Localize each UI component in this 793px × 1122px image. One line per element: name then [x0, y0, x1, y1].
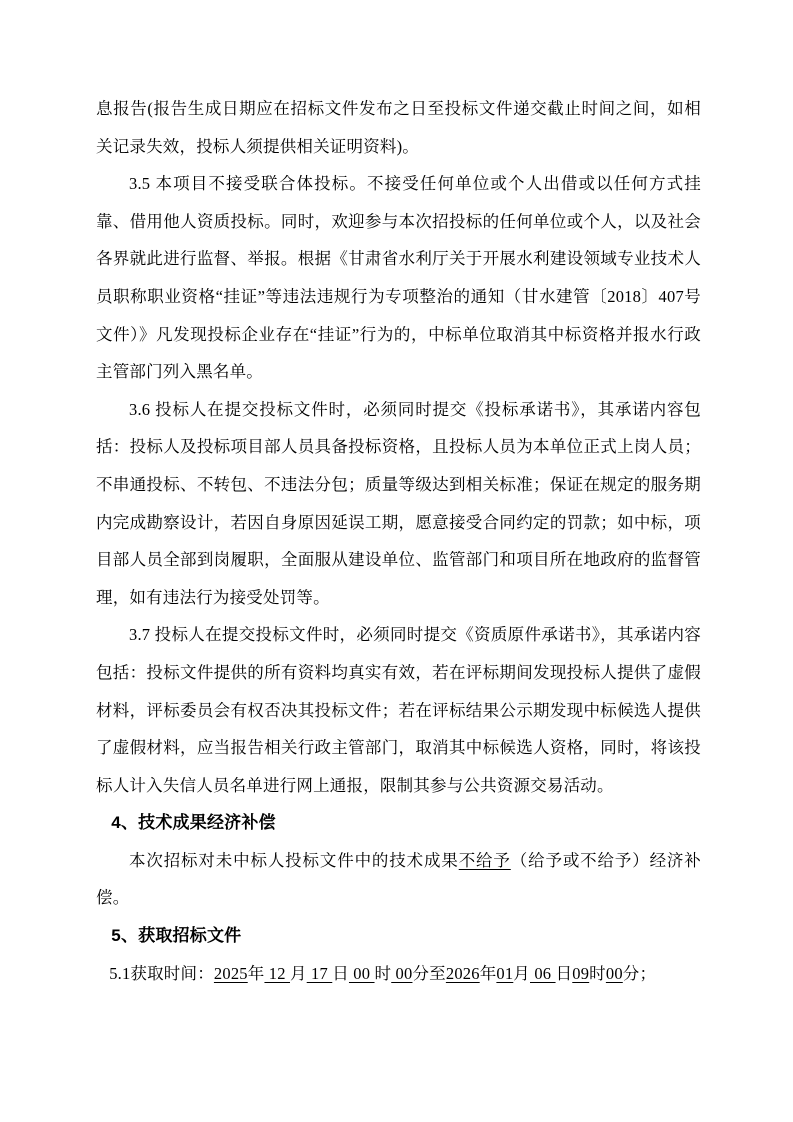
paragraph-5-1-acquire-time: 5.1获取时间：2025年 12 月 17 日 00 时 00分至2026年01…	[96, 955, 701, 993]
acquire-start-day-value: 17	[307, 964, 333, 983]
acquire-end-year-value: 2026	[446, 964, 480, 983]
paragraph-compensation: 本次招标对未中标人投标文件中的技术成果不给予（给予或不给予）经济补偿。	[96, 842, 701, 917]
acquire-end-hour-value: 09	[572, 964, 589, 983]
document-page: 息报告(报告生成日期应在招标文件发布之日至投标文件递交截止时间之间，如相关记录失…	[0, 0, 793, 1122]
acquire-end-month-value: 01	[496, 964, 513, 983]
acquire-tail-text: 分；	[623, 964, 656, 983]
month-unit-2: 月	[513, 964, 530, 983]
hour-unit-1: 时	[375, 964, 392, 983]
heading-section-4-tech-compensation: 4、技术成果经济补偿	[96, 804, 701, 842]
acquire-start-minute-value: 00	[391, 964, 412, 983]
paragraph-3-6: 3.6 投标人在提交投标文件时，必须同时提交《投标承诺书》，其承诺内容包括：投标…	[96, 391, 701, 617]
year-unit-2: 年	[480, 964, 497, 983]
acquire-start-year-value: 2025	[214, 964, 248, 983]
day-unit-1: 日	[332, 964, 349, 983]
acquire-start-hour-value: 00	[349, 964, 375, 983]
day-unit-2: 日	[556, 964, 573, 983]
acquire-end-minute-value: 00	[606, 964, 623, 983]
hour-unit-2: 时	[589, 964, 606, 983]
month-unit-1: 月	[290, 964, 307, 983]
acquire-end-day-value: 06	[530, 964, 556, 983]
year-unit-1: 年	[248, 964, 265, 983]
acquire-start-month-value: 12	[264, 964, 290, 983]
heading-section-5-obtain-documents: 5、获取招标文件	[96, 917, 701, 955]
paragraph-3-5: 3.5 本项目不接受联合体投标。不接受任何单位或个人出借或以任何方式挂靠、借用他…	[96, 165, 701, 391]
to-text: 分至	[412, 964, 445, 983]
compensation-text-before: 本次招标对未中标人投标文件中的技术成果	[129, 851, 459, 870]
paragraph-3-7: 3.7 投标人在提交投标文件时，必须同时提交《资质原件承诺书》，其承诺内容包括：…	[96, 616, 701, 804]
paragraph-continuation: 息报告(报告生成日期应在招标文件发布之日至投标文件递交截止时间之间，如相关记录失…	[96, 90, 701, 165]
acquire-time-label: 5.1获取时间：	[109, 964, 214, 983]
compensation-value-underlined: 不给予	[459, 851, 511, 870]
